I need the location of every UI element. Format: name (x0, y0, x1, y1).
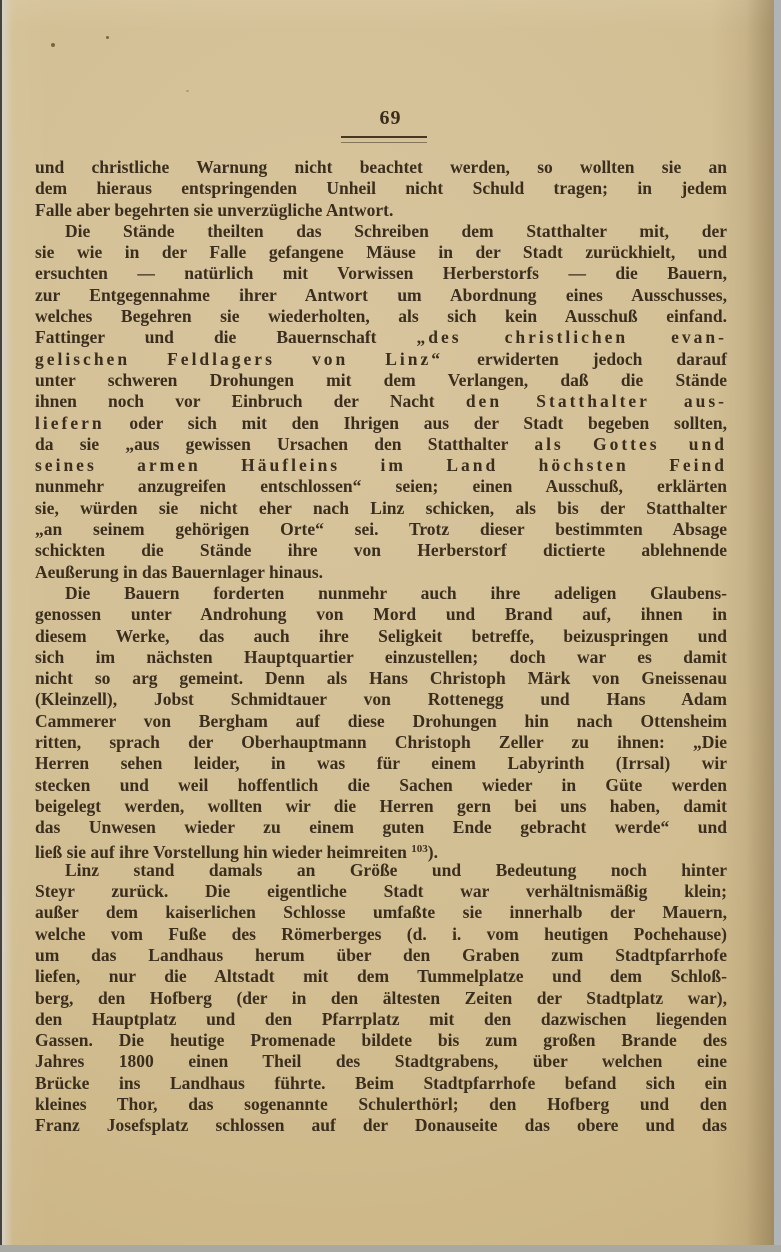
text-line: Gassen. Die heutige Promenade bildete bi… (35, 1030, 727, 1051)
text-line: ihnen noch vor Einbruch der Nacht den St… (35, 391, 727, 412)
scan-left-edge (0, 0, 2, 1252)
text-line: Aeußerung in das Bauernlager hinaus. (35, 562, 727, 583)
paragraph: Linz stand damals an Größe und Bedeutung… (35, 860, 727, 1137)
text-line: Franz Josefsplatz schlossen auf der Dona… (35, 1115, 727, 1136)
text-line: sich im nächsten Hauptquartier einzustel… (35, 647, 727, 668)
text-line: seines armen Häufleins im Land höchsten … (35, 455, 727, 476)
text-line: ersuchten — natürlich mit Vorwissen Herb… (35, 263, 727, 284)
page-right-shadow (746, 0, 774, 1252)
scan-speck (51, 43, 55, 47)
text-line: schickten die Stände ihre von Herberstor… (35, 540, 727, 561)
text-line: stecken und weil hoffentlich die Sachen … (35, 775, 727, 796)
text-line: das Unwesen wieder zu einem guten Ende g… (35, 817, 727, 838)
text-line: kleines Thor, das sogenannte Schulerthör… (35, 1094, 727, 1115)
text-line: dem hieraus entspringenden Unheil nicht … (35, 178, 727, 199)
page-text: und christliche Warnung nicht beachtet w… (35, 157, 727, 1137)
text-line: Jahres 1800 einen Theil des Stadtgrabens… (35, 1051, 727, 1072)
text-line: nunmehr anzugreifen entschlossen“ seien;… (35, 476, 727, 497)
text-line: „an seinem gehörigen Orte“ sei. Trotz di… (35, 519, 727, 540)
text-line: (Kleinzell), Jobst Schmidtauer von Rotte… (35, 689, 727, 710)
scan-left-edge-highlight (2, 0, 13, 1252)
text-line: da sie „aus gewissen Ursachen den Statth… (35, 434, 727, 455)
text-line: beigelegt werden, wollten wir die Herren… (35, 796, 727, 817)
scan-right-edge (774, 0, 781, 1252)
text-line: ließ sie auf ihre Vorstellung hin wieder… (35, 839, 727, 860)
text-line: Linz stand damals an Größe und Bedeutung… (35, 860, 727, 881)
text-line: den Hauptplatz und den Pfarrplatz mit de… (35, 1009, 727, 1030)
text-line: gelischen Feldlagers von Linz“ erwiderte… (35, 349, 727, 370)
text-line: genossen unter Androhung von Mord und Br… (35, 604, 727, 625)
book-page-scan: { "page": { "page_number": "69", "colors… (0, 0, 781, 1252)
text-line: Brücke ins Landhaus führte. Beim Stadtpf… (35, 1073, 727, 1094)
text-line: Die Stände theilten das Schreiben dem St… (35, 221, 727, 242)
scan-speck (106, 36, 109, 39)
scan-speck (186, 90, 189, 92)
text-line: Fattinger und die Bauernschaft „des chri… (35, 327, 727, 348)
text-line: zur Entgegennahme ihrer Antwort um Abord… (35, 285, 727, 306)
text-line: Herren sehen leider, in was für einem La… (35, 753, 727, 774)
text-line: Steyr zurück. Die eigentliche Stadt war … (35, 881, 727, 902)
text-line: sie, würden sie nicht eher nach Linz sch… (35, 498, 727, 519)
text-line: und christliche Warnung nicht beachtet w… (35, 157, 727, 178)
page-number: 69 (0, 107, 781, 130)
text-line: diesem Werke, das auch ihre Seligkeit be… (35, 626, 727, 647)
text-line: Die Bauern forderten nunmehr auch ihre a… (35, 583, 727, 604)
text-line: ritten, sprach der Oberhauptmann Christo… (35, 732, 727, 753)
footnote-marker: 103 (411, 843, 428, 855)
page-number-rule (341, 136, 427, 143)
paragraph: Die Stände theilten das Schreiben dem St… (35, 221, 727, 583)
text-line: liefen, nur die Altstadt mit dem Tummelp… (35, 966, 727, 987)
text-line: welches Begehren sie wiederholten, als s… (35, 306, 727, 327)
text-line: berg, den Hofberg (der in den ältesten Z… (35, 988, 727, 1009)
paragraph: Die Bauern forderten nunmehr auch ihre a… (35, 583, 727, 860)
text-line: sie wie in der Falle gefangene Mäuse in … (35, 242, 727, 263)
text-line: um das Landhaus herum über den Graben zu… (35, 945, 727, 966)
text-line: welche vom Fuße des Römerberges (d. i. v… (35, 924, 727, 945)
text-line: unter schweren Drohungen mit dem Verlang… (35, 370, 727, 391)
text-line: Falle aber begehrten sie unverzügliche A… (35, 200, 727, 221)
text-line: nicht so arg gemeint. Denn als Hans Chri… (35, 668, 727, 689)
text-line: liefern oder sich mit den Ihrigen aus de… (35, 413, 727, 434)
scan-bottom-edge (0, 1245, 781, 1252)
text-line: außer dem kaiserlichen Schlosse umfaßte … (35, 902, 727, 923)
paragraph: und christliche Warnung nicht beachtet w… (35, 157, 727, 221)
text-line: Cammerer von Bergham auf diese Drohungen… (35, 711, 727, 732)
